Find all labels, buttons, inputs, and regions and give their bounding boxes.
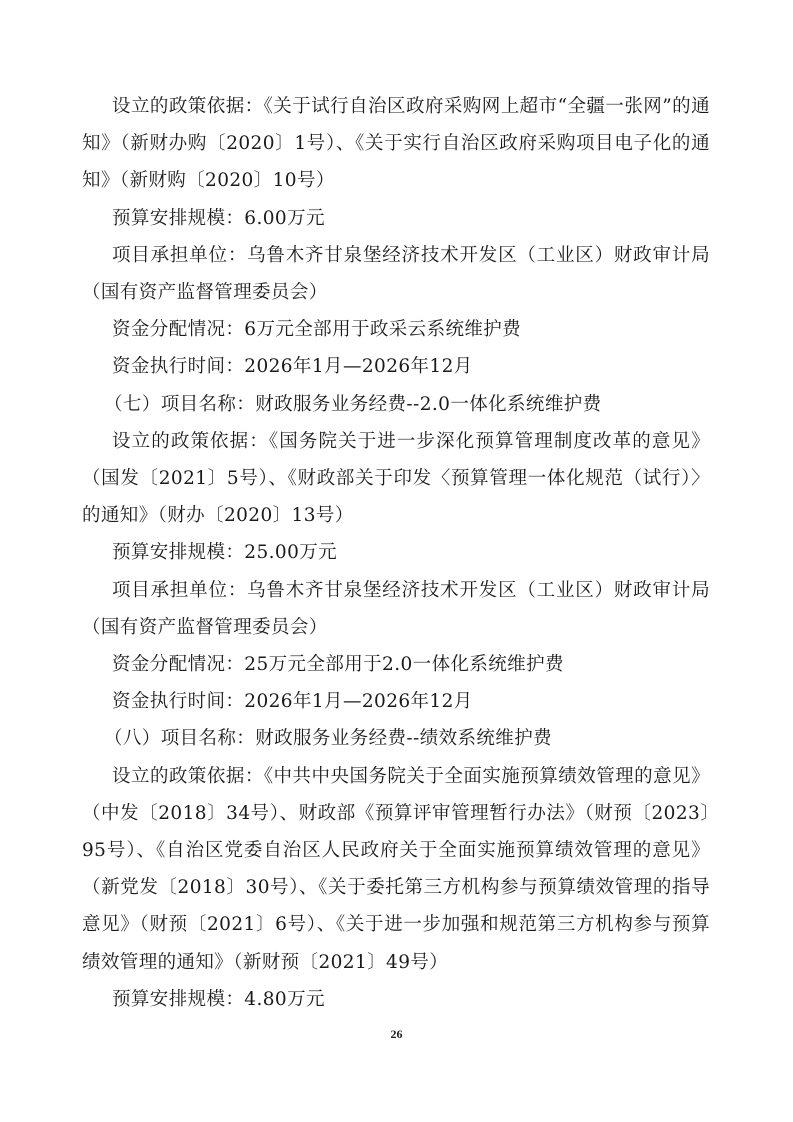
- execution-time-paragraph: 资金执行时间：2026年1月—2026年12月: [82, 348, 710, 385]
- execution-time-paragraph: 资金执行时间：2026年1月—2026年12月: [82, 683, 710, 720]
- document-page: 设立的政策依据：《关于试行自治区政府采购网上超市“全疆一张网”的通知》（新财办购…: [0, 0, 793, 1122]
- fund-allocation-paragraph: 资金分配情况：6万元全部用于政采云系统维护费: [82, 311, 710, 348]
- policy-basis-paragraph: 设立的政策依据：《关于试行自治区政府采购网上超市“全疆一张网”的通知》（新财办购…: [82, 88, 710, 200]
- policy-basis-paragraph: 设立的政策依据：《国务院关于进一步深化预算管理制度改革的意见》（国发〔2021〕…: [82, 423, 710, 535]
- responsible-unit-paragraph: 项目承担单位：乌鲁木齐甘泉堡经济技术开发区（工业区）财政审计局（国有资产监督管理…: [82, 572, 710, 646]
- project-heading-8: （八）项目名称：财政服务业务经费--绩效系统维护费: [82, 720, 710, 757]
- budget-scale-paragraph: 预算安排规模：6.00万元: [82, 200, 710, 237]
- budget-scale-paragraph: 预算安排规模：25.00万元: [82, 534, 710, 571]
- budget-scale-paragraph: 预算安排规模：4.80万元: [82, 981, 710, 1018]
- project-heading-7: （七）项目名称：财政服务业务经费--2.0一体化系统维护费: [82, 386, 710, 423]
- fund-allocation-paragraph: 资金分配情况：25万元全部用于2.0一体化系统维护费: [82, 646, 710, 683]
- responsible-unit-paragraph: 项目承担单位：乌鲁木齐甘泉堡经济技术开发区（工业区）财政审计局（国有资产监督管理…: [82, 237, 710, 311]
- page-number: 26: [0, 1027, 793, 1042]
- document-body: 设立的政策依据：《关于试行自治区政府采购网上超市“全疆一张网”的通知》（新财办购…: [82, 88, 710, 1018]
- policy-basis-paragraph: 设立的政策依据：《中共中央国务院关于全面实施预算绩效管理的意见》（中发〔2018…: [82, 758, 710, 981]
